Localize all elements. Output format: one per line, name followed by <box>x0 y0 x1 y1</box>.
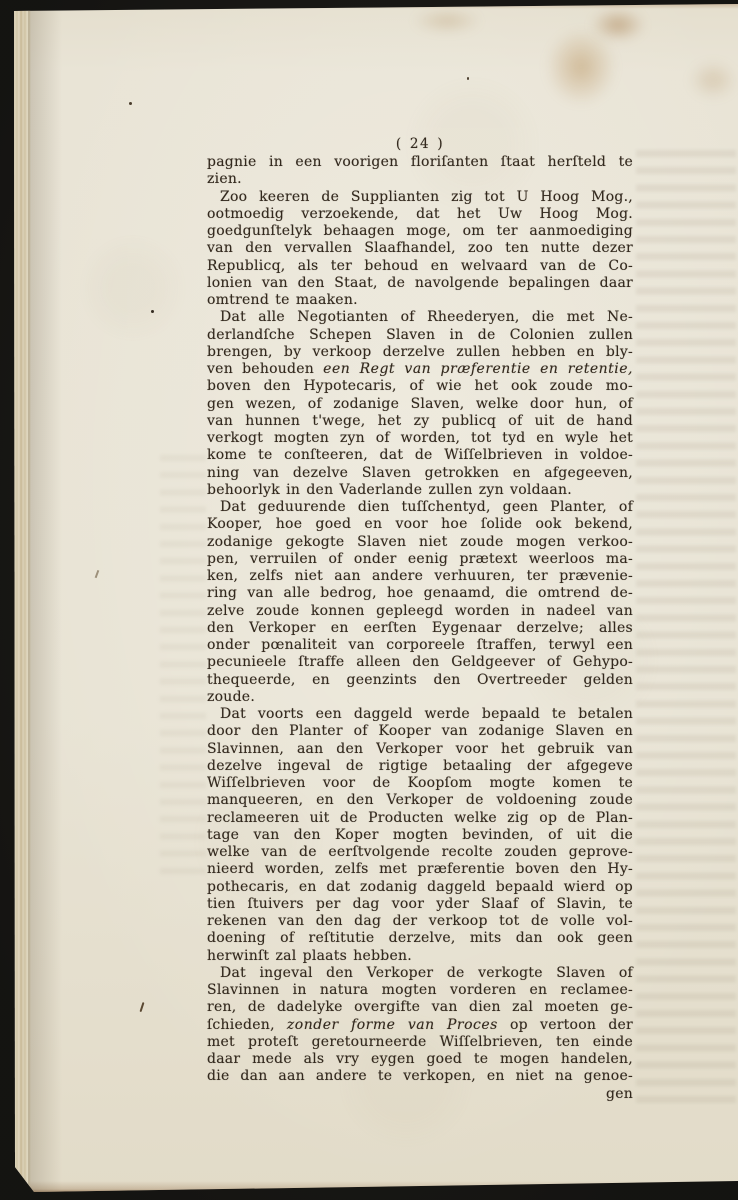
text-line: van hunnen t'wege, het zy publicq of uit… <box>207 413 633 430</box>
text-line: behoorlyk in den Vaderlande zullen zyn v… <box>207 482 633 499</box>
text-line: onder pœnaliteit van corporeele ſtraffen… <box>207 637 633 654</box>
text-line: zelve zoude konnen gepleegd worden in na… <box>207 603 633 620</box>
text-line: pecunieele ſtraffe alleen den Geldgeever… <box>207 654 633 671</box>
text-line: goedgunſtelyk behaagen moge, om ter aanm… <box>207 223 633 240</box>
body-text: pagnie in een voorigen floriſanten ſtaat… <box>207 154 633 1086</box>
text-line: zien. <box>207 171 633 188</box>
page-body: ( 24 ) pagnie in een voorigen floriſante… <box>207 135 633 1103</box>
text-line: thequeerde, en geenzints den Overtreeder… <box>207 672 633 689</box>
text-line: rekenen van den dag der verkoop tot de v… <box>207 913 633 930</box>
text-line: zoude. <box>207 689 633 706</box>
foxing-stain <box>412 8 482 34</box>
text-line: Wiſſelbrieven voor de Koopſom mogte kome… <box>207 775 633 792</box>
text-line: tage van den Koper mogten bevinden, of u… <box>207 827 633 844</box>
text-line: den Verkoper en eerſten Eygenaar derzelv… <box>207 620 633 637</box>
text-line: reclameeren uit de Producten welke zig o… <box>207 810 633 827</box>
text-line: ning van dezelve Slaven getrokken en afg… <box>207 465 633 482</box>
text-line: boven den Hypotecaris, of wie het ook zo… <box>207 378 633 395</box>
text-line: ven behouden een Regt van præferentie en… <box>207 361 633 378</box>
text-line: ring van alle bedrog, hoe genaamd, die o… <box>207 585 633 602</box>
ink-speck <box>129 102 132 105</box>
text-line: Dat voorts een daggeld werde bepaald te … <box>207 706 633 723</box>
verso-bleedthrough <box>636 150 736 1110</box>
verso-bleedthrough <box>160 455 206 875</box>
text-line: ken, zelfs niet aan andere verhuuren, te… <box>207 568 633 585</box>
text-line: die dan aan andere te verkopen, en niet … <box>207 1068 633 1085</box>
text-line: pothecaris, en dat zodanig daggeld bepaa… <box>207 879 633 896</box>
foxing-stain <box>688 60 738 100</box>
text-line: doening of reſtitutie derzelve, mits dan… <box>207 930 633 947</box>
text-line: Zoo keeren de Supplianten zig tot U Hoog… <box>207 189 633 206</box>
text-line: kome te conſteeren, dat de Wiſſelbrieven… <box>207 447 633 464</box>
text-line: pen, verruilen of onder eenig prætext we… <box>207 551 633 568</box>
ink-speck <box>467 77 469 80</box>
text-line: ootmoedig verzoekende, dat het Uw Hoog M… <box>207 206 633 223</box>
text-line: Dat alle Negotianten of Rheederyen, die … <box>207 309 633 326</box>
text-line: tien ſtuivers per dag voor yder Slaaf of… <box>207 896 633 913</box>
page-number: ( 24 ) <box>207 135 633 154</box>
text-line: Dat ingeval den Verkoper de verkogte Sla… <box>207 965 633 982</box>
text-line: dezelve ingeval de rigtige betaaling der… <box>207 758 633 775</box>
text-line: brengen, by verkoop derzelve zullen hebb… <box>207 344 633 361</box>
text-line: herwinſt zal plaats hebben. <box>207 948 633 965</box>
text-line: ſchieden, zonder forme van Proces op ver… <box>207 1017 633 1034</box>
text-line: omtrend te maaken. <box>207 292 633 309</box>
text-line: Slavinnen, aan den Verkoper voor het geb… <box>207 741 633 758</box>
text-line: derlandſche Schepen Slaven in de Colonie… <box>207 327 633 344</box>
page-bottom-edge <box>0 1172 738 1194</box>
ink-speck <box>151 310 154 313</box>
text-line: Dat geduurende dien tuſſchentyd, geen Pl… <box>207 499 633 516</box>
gutter-shadow <box>28 0 62 1200</box>
text-line: Slavinnen in natura mogten vorderen en r… <box>207 982 633 999</box>
text-line: nieerd worden, zelfs met præferentie bov… <box>207 861 633 878</box>
text-line: daar mede als vry eygen goed te mogen ha… <box>207 1051 633 1068</box>
text-line: Republicq, als ter behoud en welvaard va… <box>207 258 633 275</box>
scan-background: ( 24 ) pagnie in een voorigen floriſante… <box>0 0 738 1200</box>
text-line: lonien van den Staat, de navolgende bepa… <box>207 275 633 292</box>
text-line: ren, de dadelyke overgifte van dien zal … <box>207 999 633 1016</box>
text-line: manqueeren, en den Verkoper de voldoenin… <box>207 792 633 809</box>
catchword: gen <box>207 1086 633 1103</box>
foxing-stain <box>590 8 646 42</box>
text-line: door den Planter of Kooper van zodanige … <box>207 723 633 740</box>
text-line: van den vervallen Slaafhandel, zoo ten n… <box>207 240 633 257</box>
text-line: verkogt mogten zyn of worden, tot tyd en… <box>207 430 633 447</box>
book-page: ( 24 ) pagnie in een voorigen floriſante… <box>0 0 738 1200</box>
text-line: welke van de eerſtvolgende recolte zoude… <box>207 844 633 861</box>
text-line: zodanige gekogte Slaven niet zoude mogen… <box>207 534 633 551</box>
text-line: met proteſt geretourneerde Wiſſelbrieven… <box>207 1034 633 1051</box>
text-line: pagnie in een voorigen floriſanten ſtaat… <box>207 154 633 171</box>
text-line: gen wezen, of zodanige Slaven, welke doo… <box>207 396 633 413</box>
text-line: Kooper, hoe goed en voor hoe ſolide ook … <box>207 516 633 533</box>
